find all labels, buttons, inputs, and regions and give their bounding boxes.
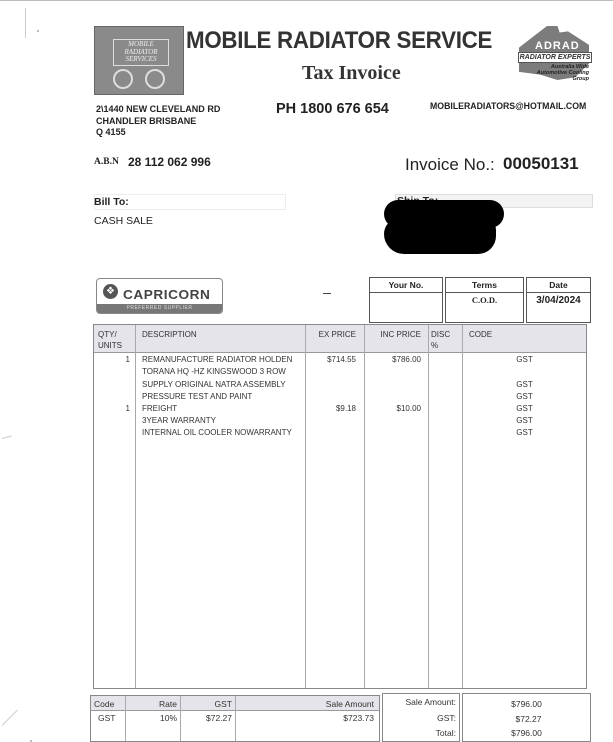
cell-ex-price: $714.55 — [306, 355, 356, 364]
header-code: CODE — [469, 329, 492, 340]
scan-artifact — [2, 710, 18, 726]
bill-to-label: Bill To: — [94, 196, 129, 208]
line-items-table: QTY/ UNITS DESCRIPTION EX PRICE INC PRIC… — [93, 324, 587, 689]
your-no-header: Your No. — [370, 280, 442, 290]
date-cell: Date 3/04/2024 — [526, 277, 591, 323]
cell-code: GST — [463, 355, 586, 364]
cell-qty: 1 — [98, 404, 130, 413]
scan-artifact — [37, 30, 39, 32]
company-name: MOBILE RADIATOR SERVICE — [186, 27, 492, 55]
scan-artifact — [2, 435, 12, 439]
header-qty: QTY/ UNITS — [98, 329, 132, 351]
gst-header-rate: Rate — [126, 699, 177, 709]
total-label: Total: — [383, 728, 456, 738]
scan-artifact — [25, 8, 26, 38]
address-line: 2\1440 NEW CLEVELAND RD — [96, 104, 220, 116]
gst-row-sale-amount: $723.73 — [236, 713, 374, 723]
redaction — [384, 218, 496, 254]
cell-inc-price: $10.00 — [365, 404, 421, 413]
cell-code: GST — [463, 416, 586, 425]
terms-cell: Terms C.O.D. — [445, 277, 524, 323]
header-ex-price: EX PRICE — [306, 329, 356, 340]
totals-values: $796.00 $72.27 $796.00 — [462, 693, 591, 742]
invoice-number-label: Invoice No.: — [405, 155, 495, 175]
cell-code: GST — [463, 380, 586, 389]
adrad-name: ADRAD — [535, 40, 580, 52]
cell-ex-price: $9.18 — [306, 404, 356, 413]
address-line: CHANDLER BRISBANE — [96, 116, 220, 128]
company-logo: MOBILE RADIATOR SERVICES — [94, 26, 184, 95]
divider — [527, 292, 590, 293]
header-description: DESCRIPTION — [142, 329, 197, 340]
wheel-icon — [113, 69, 133, 89]
logo-text: MOBILE RADIATOR SERVICES — [113, 39, 169, 66]
company-phone: PH 1800 676 654 — [276, 101, 389, 117]
gst-row-rate: 10% — [126, 713, 177, 723]
scan-edge — [0, 0, 613, 1]
header-disc: DISC % — [431, 329, 455, 351]
cell-qty: 1 — [98, 355, 130, 364]
cell-description: 3YEAR WARRANTY — [142, 416, 302, 425]
gst-row-code: GST — [98, 713, 115, 723]
gst-header-code: Code — [94, 699, 114, 709]
date-value: 3/04/2024 — [527, 295, 590, 306]
capricorn-icon: ❖ — [103, 284, 118, 299]
terms-value: C.O.D. — [446, 295, 523, 305]
totals-labels: Sale Amount: GST: Total: — [382, 693, 460, 742]
capricorn-badge: ❖ CAPRICORN PREFERRED SUPPLIER — [96, 278, 223, 314]
dash-mark — [323, 293, 331, 294]
capricorn-name: CAPRICORN — [123, 287, 210, 302]
abn-label: A.B.N — [94, 157, 119, 167]
wheel-icon — [145, 69, 165, 89]
header-inc-price: INC PRICE — [365, 329, 421, 340]
date-header: Date — [527, 280, 590, 290]
cell-description: TORANA HQ -HZ KINGSWOOD 3 ROW — [142, 367, 302, 376]
bill-to-value: CASH SALE — [94, 215, 153, 227]
adrad-logo: ADRAD RADIATOR EXPERTS Australia Wide Au… — [515, 26, 593, 86]
sale-amount-label: Sale Amount: — [383, 697, 456, 707]
adrad-tagline: Australia Wide Automotive Cooling Group — [525, 64, 589, 82]
cell-description: FREIGHT — [142, 404, 302, 413]
column-divider — [428, 325, 429, 688]
gst-row-gst: $72.27 — [181, 713, 232, 723]
company-email: MOBILERADIATORS@HOTMAIL.COM — [430, 101, 586, 112]
gst-value: $72.27 — [465, 714, 592, 724]
logo-line: SERVICES — [115, 56, 167, 64]
cell-description: PRESSURE TEST AND PAINT — [142, 392, 302, 401]
terms-header: Terms — [446, 280, 523, 290]
divider — [370, 292, 442, 293]
adrad-band: RADIATOR EXPERTS — [518, 52, 592, 63]
cell-description: REMANUFACTURE RADIATOR HOLDEN — [142, 355, 302, 364]
cell-description: INTERNAL OIL COOLER NOWARRANTY — [142, 428, 302, 437]
gst-header-sale-amount: Sale Amount — [236, 699, 374, 709]
sale-amount-value: $796.00 — [463, 699, 590, 709]
total-value: $796.00 — [463, 728, 590, 738]
document-title: Tax Invoice — [302, 62, 401, 85]
divider — [446, 292, 523, 293]
column-divider — [135, 325, 136, 688]
gst-header-gst: GST — [181, 699, 232, 709]
cell-description: SUPPLY ORIGINAL NATRA ASSEMBLY — [142, 380, 302, 389]
cell-code: GST — [463, 404, 586, 413]
gst-label: GST: — [383, 713, 456, 723]
cell-code: GST — [463, 428, 586, 437]
abn-value: 28 112 062 996 — [128, 155, 211, 169]
gst-summary-table: Code Rate GST Sale Amount GST 10% $72.27… — [90, 695, 380, 742]
column-divider — [364, 325, 365, 688]
cell-code: GST — [463, 392, 586, 401]
address-line: Q 4155 — [96, 127, 220, 139]
company-address: 2\1440 NEW CLEVELAND RD CHANDLER BRISBAN… — [96, 104, 220, 139]
cell-inc-price: $786.00 — [365, 355, 421, 364]
your-no-cell: Your No. — [369, 277, 443, 323]
invoice-number: 00050131 — [503, 154, 579, 174]
capricorn-subtitle: PREFERRED SUPPLIER — [97, 304, 222, 313]
column-divider — [305, 325, 306, 688]
